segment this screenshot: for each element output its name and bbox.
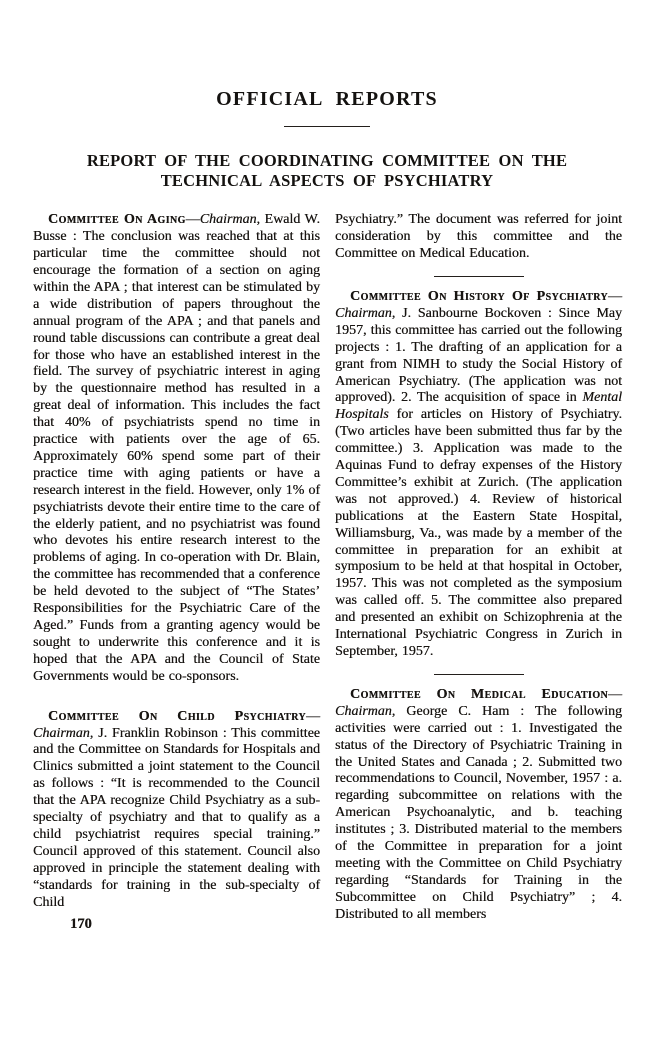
em-dash: — xyxy=(608,289,622,304)
continuation-text: Psychiatry.” The document was referred f… xyxy=(335,212,622,261)
chairman-label: Chairman xyxy=(33,726,90,741)
committee-on-history-heading: Committee On History Of Psychiatry xyxy=(350,289,608,304)
committee-on-medical-education-paragraph: Committee On Medical Education—Chairman,… xyxy=(335,687,622,924)
section-divider xyxy=(434,674,524,675)
report-title-line2: TECHNICAL ASPECTS OF PSYCHIATRY xyxy=(161,171,494,190)
committee-on-child-psychiatry-heading: Committee On Child Psychiatry xyxy=(48,709,306,724)
committee-on-aging-paragraph: Committee On Aging—Chairman, Ewald W. Bu… xyxy=(33,212,320,685)
em-dash: — xyxy=(306,709,320,724)
left-column: Committee On Aging—Chairman, Ewald W. Bu… xyxy=(33,212,320,932)
committee-on-aging-heading: Committee On Aging xyxy=(48,212,186,227)
chairman-label: Chairman xyxy=(335,306,392,321)
committee-on-child-psychiatry-text: , J. Franklin Robinson : This committee … xyxy=(33,726,320,910)
page-title: OFFICIAL REPORTS xyxy=(33,88,621,111)
continuation-paragraph: Psychiatry.” The document was referred f… xyxy=(335,212,622,263)
page-number: 170 xyxy=(33,916,320,933)
committee-on-history-paragraph: Committee On History Of Psychiatry—Chair… xyxy=(335,289,622,661)
chairman-label: Chairman xyxy=(200,212,257,227)
two-column-body: Committee On Aging—Chairman, Ewald W. Bu… xyxy=(33,212,621,932)
em-dash: — xyxy=(608,687,622,702)
committee-on-aging-text: , Ewald W. Busse : The conclusion was re… xyxy=(33,212,320,683)
committee-on-medical-education-heading: Committee On Medical Education xyxy=(350,687,608,702)
committee-on-medical-education-text: , George C. Ham : The following activiti… xyxy=(335,704,622,922)
chairman-label: Chairman xyxy=(335,704,392,719)
report-title-line1: REPORT OF THE COORDINATING COMMITTEE ON … xyxy=(87,151,567,170)
committee-on-history-text-2: for articles on History of Psychiatry. (… xyxy=(335,407,622,659)
report-title: REPORT OF THE COORDINATING COMMITTEE ON … xyxy=(33,151,621,191)
header-divider xyxy=(284,126,370,127)
em-dash: — xyxy=(186,212,200,227)
right-column: Psychiatry.” The document was referred f… xyxy=(335,212,622,932)
section-divider xyxy=(434,276,524,277)
document-page: OFFICIAL REPORTS REPORT OF THE COORDINAT… xyxy=(0,0,650,1051)
committee-on-child-psychiatry-paragraph: Committee On Child Psychiatry—Chairman, … xyxy=(33,709,320,912)
